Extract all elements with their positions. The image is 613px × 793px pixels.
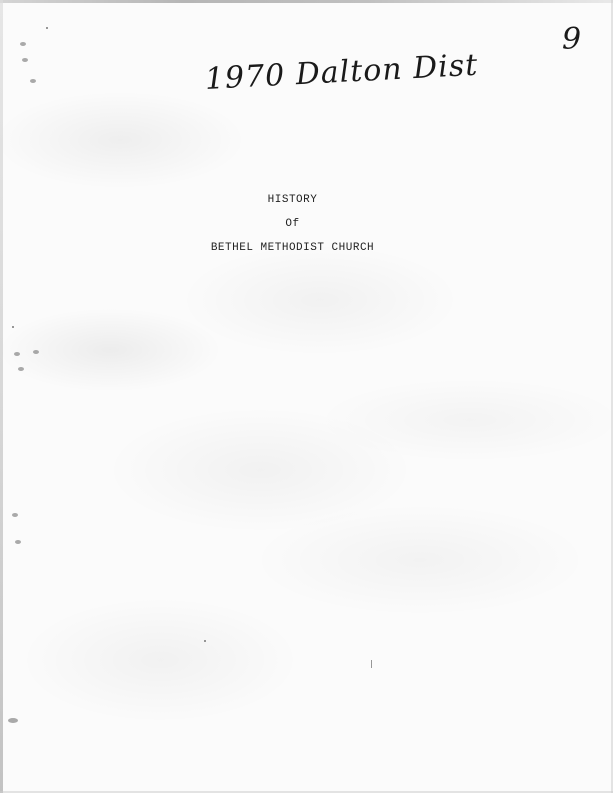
scanned-page: 1970 Dalton Dist 9 HISTORY Of BETHEL MET… <box>0 0 613 793</box>
binder-mark <box>20 42 26 46</box>
handwritten-annotation: 1970 Dalton Dist <box>204 48 479 97</box>
page-top-edge <box>0 0 613 3</box>
scan-speck <box>12 326 14 328</box>
scan-speck <box>371 660 372 668</box>
title-line-history: HISTORY <box>0 194 585 206</box>
title-line-of: Of <box>0 218 585 230</box>
binder-mark <box>33 350 39 354</box>
binder-mark <box>18 367 24 371</box>
scan-speck <box>204 640 206 642</box>
scan-speck <box>46 27 48 29</box>
binder-mark <box>12 513 18 517</box>
binder-mark <box>14 352 20 356</box>
binder-mark <box>30 79 36 83</box>
binder-mark <box>15 540 21 544</box>
page-left-edge <box>0 0 3 793</box>
binder-mark <box>22 58 28 62</box>
title-line-church-name: BETHEL METHODIST CHURCH <box>0 242 585 254</box>
binder-mark <box>8 718 18 723</box>
page-number: 9 <box>562 22 581 57</box>
